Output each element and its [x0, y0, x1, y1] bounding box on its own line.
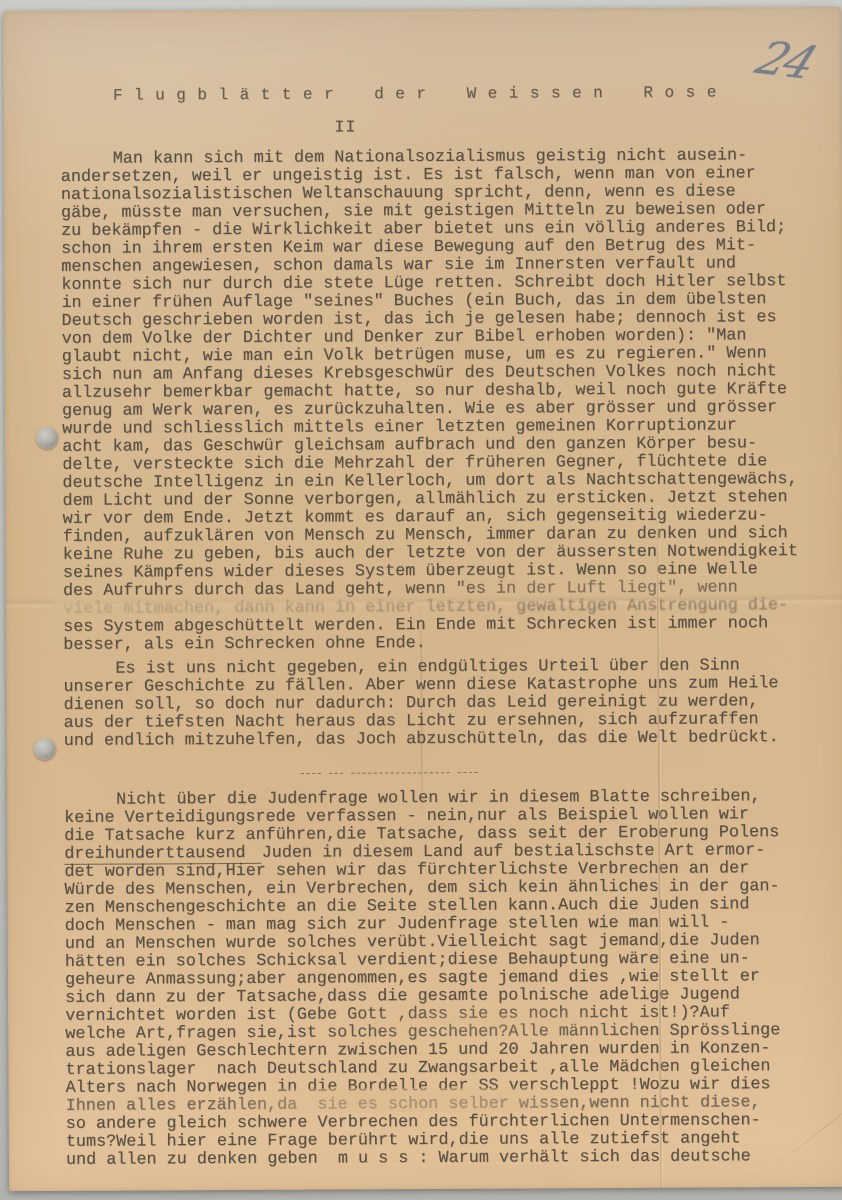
part-number: II [334, 117, 356, 136]
text-line: und allen zu denken geben m u s s : Waru… [66, 1148, 836, 1170]
handwritten-page-number: 24 [749, 31, 823, 89]
text-line: besser, als ein Schrecken ohne Ende. [63, 633, 833, 655]
document-title: Flugblätter der Weissen Rose [60, 83, 780, 105]
paragraph: Nicht über die Judenfrage wollen wir in … [64, 788, 836, 1170]
body-text: Man kann sich mit dem Nationalsozialismu… [60, 7, 830, 11]
hole-punch-bottom [34, 738, 56, 760]
section-separator: ---- --- ------------------ ---- [299, 767, 478, 779]
hole-punch-top [36, 427, 58, 449]
text-line: und endlich mitzuhelfen, das Joch abzusc… [64, 729, 834, 751]
paragraph: Es ist uns nicht gegeben, ein endgültige… [63, 657, 833, 751]
scanned-page: 24 Flugblätter der Weissen Rose II Man k… [0, 0, 842, 1200]
paragraph: Man kann sich mit dem Nationalsozialismu… [61, 147, 834, 655]
leaflet-paper: 24 Flugblätter der Weissen Rose II Man k… [3, 7, 842, 1191]
